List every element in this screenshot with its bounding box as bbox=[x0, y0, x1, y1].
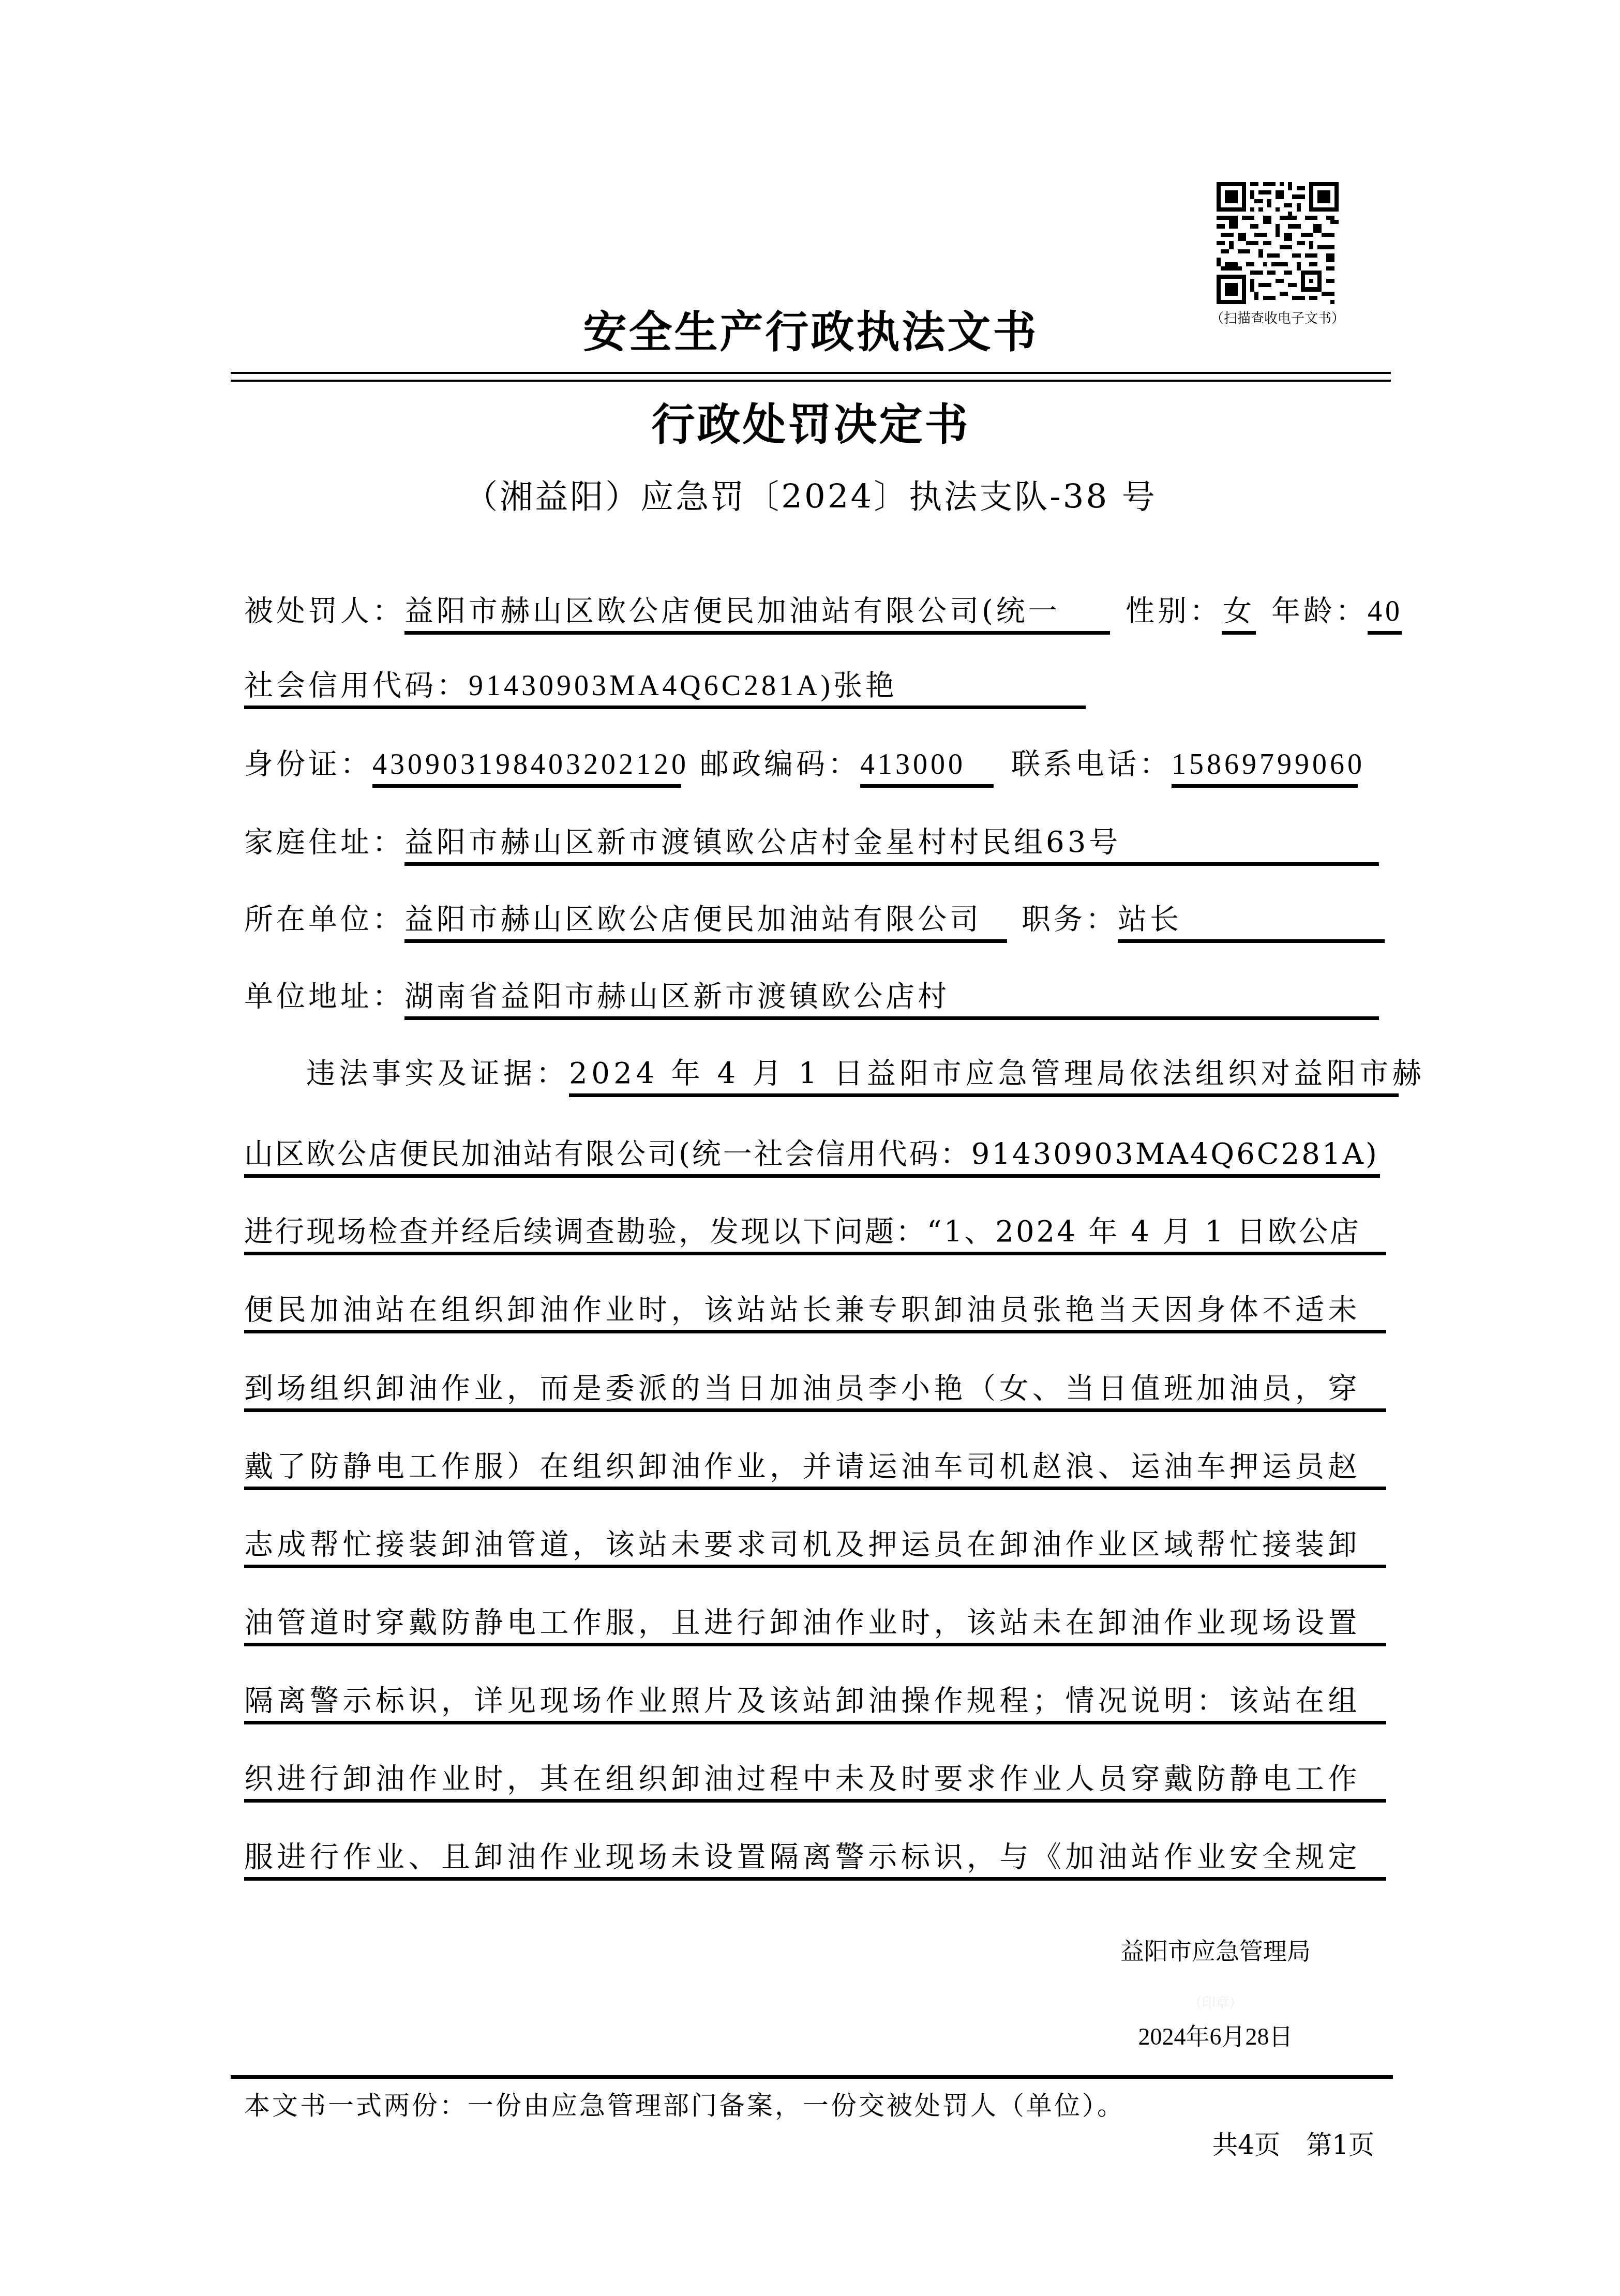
header-rule-bottom bbox=[231, 380, 1391, 382]
party-name-value-cont: 社会信用代码：91430903MA4Q6C281A)张艳 bbox=[244, 667, 1086, 709]
facts-text: 志成帮忙接装卸油管道，该站未要求司机及押运员在卸油作业区域帮忙接装卸 bbox=[244, 1526, 1386, 1568]
facts-label: 违法事实及证据： bbox=[306, 1057, 569, 1090]
position-value: 站长 bbox=[1118, 901, 1385, 943]
facts-text: 进行现场检查并经后续调查勘验，发现以下问题：“1、2024 年 4 月 1 日欧… bbox=[244, 1213, 1386, 1255]
footer-rule bbox=[231, 2075, 1393, 2079]
facts-text: 到场组织卸油作业，而是委派的当日加油员李小艳（女、当日值班加油员，穿 bbox=[244, 1370, 1386, 1412]
facts-line: 服进行作业、且卸油作业现场未设置隔离警示标识，与《加油站作业安全规定 bbox=[244, 1839, 1389, 1880]
party-row-home-address: 家庭住址：益阳市赫山区新市渡镇欧公店村金星村村民组63号 bbox=[244, 824, 1390, 865]
page-indicator: 共4页 第1页 bbox=[1138, 2127, 1374, 2163]
footer-note: 本文书一式两份：一份由应急管理部门备案，一份交被处罚人（单位）。 bbox=[244, 2088, 1125, 2124]
phone-label: 联系电话： bbox=[1011, 746, 1172, 783]
id-value: 430903198403202120 bbox=[372, 746, 681, 788]
facts-text: 2024 年 4 月 1 日益阳市应急管理局依法组织对益阳市赫 bbox=[569, 1055, 1399, 1097]
employer-address-value: 湖南省益阳市赫山区新市渡镇欧公店村 bbox=[404, 978, 1379, 1020]
age-label: 年龄： bbox=[1271, 593, 1368, 630]
gender-label: 性别： bbox=[1126, 593, 1222, 630]
gender-value: 女 bbox=[1222, 593, 1256, 635]
qr-code-icon bbox=[1217, 182, 1339, 304]
id-label: 身份证： bbox=[244, 746, 372, 783]
facts-text: 织进行卸油作业时，其在组织卸油过程中未及时要求作业人员穿戴防静电工作 bbox=[244, 1761, 1386, 1803]
employer-value: 益阳市赫山区欧公店便民加油站有限公司 bbox=[404, 901, 1007, 943]
employer-label: 所在单位： bbox=[244, 901, 404, 938]
seal-placeholder: （印章） bbox=[1034, 1992, 1397, 2012]
document-category-title: 安全生产行政执法文书 bbox=[231, 306, 1391, 358]
postcode-value: 413000 bbox=[860, 746, 994, 788]
facts-line: 山区欧公店便民加油站有限公司(统一社会信用代码：91430903MA4Q6C28… bbox=[244, 1136, 1389, 1177]
header-rule-top bbox=[231, 372, 1391, 374]
document-title: 行政处罚决定书 bbox=[231, 396, 1391, 453]
facts-line: 到场组织卸油作业，而是委派的当日加油员李小艳（女、当日值班加油员，穿 bbox=[244, 1370, 1389, 1412]
position-label: 职务： bbox=[1022, 901, 1118, 938]
facts-line: 违法事实及证据：2024 年 4 月 1 日益阳市应急管理局依法组织对益阳市赫 bbox=[244, 1055, 1389, 1097]
facts-text: 便民加油站在组织卸油作业时，该站站长兼专职卸油员张艳当天因身体不适未 bbox=[244, 1292, 1386, 1333]
facts-text: 服进行作业、且卸油作业现场未设置隔离警示标识，与《加油站作业安全规定 bbox=[244, 1839, 1386, 1881]
facts-line: 织进行卸油作业时，其在组织卸油过程中未及时要求作业人员穿戴防静电工作 bbox=[244, 1761, 1389, 1802]
home-address-value: 益阳市赫山区新市渡镇欧公店村金星村村民组63号 bbox=[404, 824, 1379, 866]
facts-line: 进行现场检查并经后续调查勘验，发现以下问题：“1、2024 年 4 月 1 日欧… bbox=[244, 1213, 1389, 1255]
party-name-label: 被处罚人： bbox=[244, 593, 404, 630]
employer-address-label: 单位地址： bbox=[244, 978, 404, 1015]
facts-text: 油管道时穿戴防静电工作服，且进行卸油作业时，该站未在卸油作业现场设置 bbox=[244, 1604, 1386, 1646]
facts-text: 山区欧公店便民加油站有限公司(统一社会信用代码：91430903MA4Q6C28… bbox=[244, 1136, 1380, 1178]
facts-line: 志成帮忙接装卸油管道，该站未要求司机及押运员在卸油作业区域帮忙接装卸 bbox=[244, 1526, 1389, 1568]
facts-line: 便民加油站在组织卸油作业时，该站站长兼专职卸油员张艳当天因身体不适未 bbox=[244, 1292, 1389, 1333]
qr-code[interactable] bbox=[1217, 182, 1339, 304]
document-number: （湘益阳）应急罚〔2024〕执法支队-38 号 bbox=[231, 474, 1391, 520]
facts-line: 戴了防静电工作服）在组织卸油作业，并请运油车司机赵浪、运油车押运员赵 bbox=[244, 1448, 1389, 1490]
facts-line: 油管道时穿戴防静电工作服，且进行卸油作业时，该站未在卸油作业现场设置 bbox=[244, 1604, 1389, 1646]
age-value: 40 bbox=[1368, 593, 1402, 635]
issuing-agency: 益阳市应急管理局 bbox=[1034, 1934, 1397, 1968]
home-address-label: 家庭住址： bbox=[244, 824, 404, 861]
party-name-value: 益阳市赫山区欧公店便民加油站有限公司(统一 bbox=[404, 593, 1110, 635]
facts-line: 隔离警示标识，详见现场作业照片及该站卸油操作规程；情况说明：该站在组 bbox=[244, 1683, 1389, 1724]
issue-date: 2024年6月28日 bbox=[1034, 2020, 1397, 2053]
facts-text: 戴了防静电工作服）在组织卸油作业，并请运油车司机赵浪、运油车押运员赵 bbox=[244, 1448, 1386, 1490]
party-row-id: 身份证：430903198403202120邮政编码：413000联系电话：15… bbox=[244, 746, 1390, 787]
party-row-employer: 所在单位：益阳市赫山区欧公店便民加油站有限公司职务：站长 bbox=[244, 901, 1390, 942]
postcode-label: 邮政编码： bbox=[700, 746, 860, 783]
facts-text: 隔离警示标识，详见现场作业照片及该站卸油操作规程；情况说明：该站在组 bbox=[244, 1683, 1386, 1724]
party-row-name: 被处罚人：益阳市赫山区欧公店便民加油站有限公司(统一性别：女年龄：40 bbox=[244, 593, 1390, 634]
party-row-credit-code: 社会信用代码：91430903MA4Q6C281A)张艳 bbox=[244, 667, 1390, 709]
party-row-employer-address: 单位地址：湖南省益阳市赫山区新市渡镇欧公店村 bbox=[244, 978, 1390, 1019]
phone-value: 15869799060 bbox=[1172, 746, 1358, 788]
